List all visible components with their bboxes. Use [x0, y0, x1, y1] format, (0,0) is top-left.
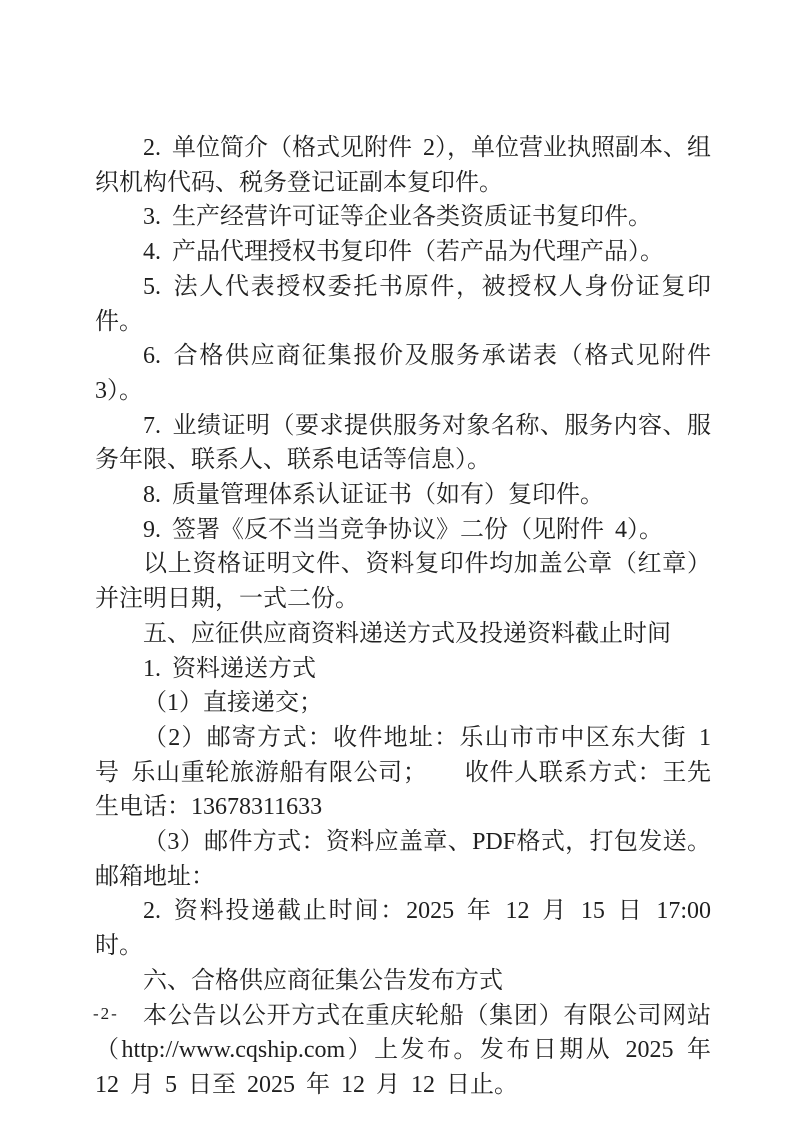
document-page: 2. 单位简介（格式见附件 2），单位营业执照副本、组织机构代码、税务登记证副本… — [0, 0, 793, 1122]
list-item-7-performance-proof: 7. 业绩证明（要求提供服务对象名称、服务内容、服务年限、联系人、联系电话等信息… — [95, 409, 711, 478]
method-3-email-delivery: （3）邮件方式：资料应盖章、PDF格式，打包发送。邮箱地址： — [95, 825, 711, 894]
list-item-9-anti-competition-agreement: 9. 签署《反不当当竞争协议》二份（见附件 4）。 — [95, 513, 711, 548]
list-item-8-quality-certification: 8. 质量管理体系认证证书（如有）复印件。 — [95, 478, 711, 513]
list-item-2-company-profile: 2. 单位简介（格式见附件 2），单位营业执照副本、组织机构代码、税务登记证副本… — [95, 131, 711, 200]
list-item-3-business-license: 3. 生产经营许可证等企业各类资质证书复印件。 — [95, 200, 711, 235]
method-2-postal-delivery: （2）邮寄方式：收件地址：乐山市市中区东大街 1 号 乐山重轮旅游船有限公司； … — [95, 721, 711, 825]
sub-item-1-delivery-method: 1. 资料递送方式 — [95, 652, 711, 687]
method-1-direct-delivery: （1）直接递交； — [95, 686, 711, 721]
document-body: 2. 单位简介（格式见附件 2），单位营业执照副本、组织机构代码、税务登记证副本… — [95, 131, 711, 1103]
note-stamp-requirement: 以上资格证明文件、资料复印件均加盖公章（红章）并注明日期，一式二份。 — [95, 547, 711, 616]
list-item-6-quotation-commitment: 6. 合格供应商征集报价及服务承诺表（格式见附件 3）。 — [95, 339, 711, 408]
list-item-4-agency-authorization: 4. 产品代理授权书复印件（若产品为代理产品）。 — [95, 235, 711, 270]
section-heading-6-announcement: 六、合格供应商征集公告发布方式 — [95, 964, 711, 999]
section-heading-5-delivery: 五、应征供应商资料递送方式及投递资料截止时间 — [95, 617, 711, 652]
list-item-5-legal-representative: 5. 法人代表授权委托书原件，被授权人身份证复印件。 — [95, 270, 711, 339]
sub-item-2-submission-deadline: 2. 资料投递截止时间：2025 年 12 月 15 日 17:00 时。 — [95, 894, 711, 963]
page-number: -2- — [93, 1004, 119, 1024]
publication-statement: 本公告以公开方式在重庆轮船（集团）有限公司网站（http://www.cqshi… — [95, 999, 711, 1103]
